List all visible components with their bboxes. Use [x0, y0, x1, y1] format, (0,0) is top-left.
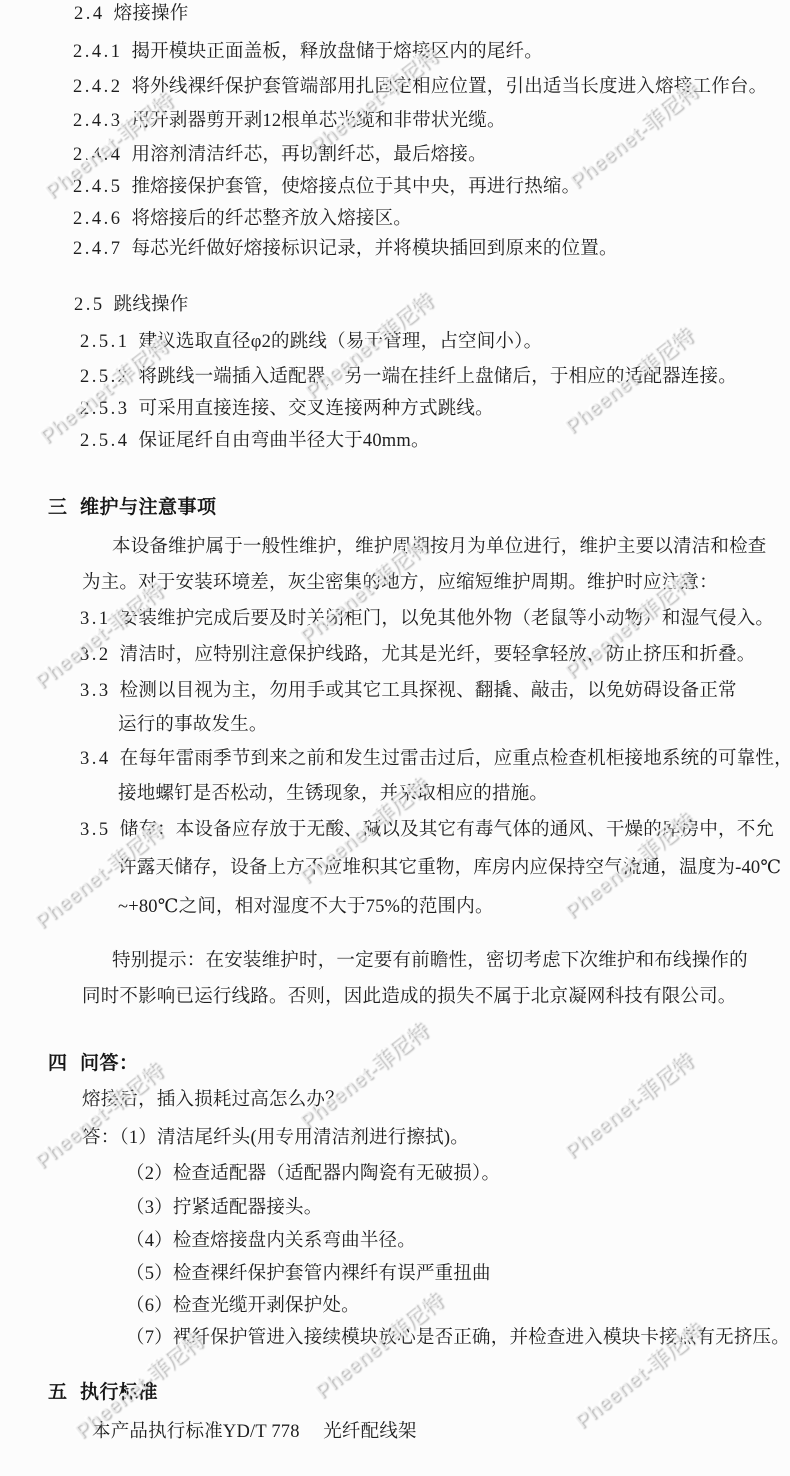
line-text: 许露天储存，设备上方不应堆积其它重物，库房内应保持空气流通，温度为-40℃ — [118, 858, 781, 878]
text-line: 3.2清洁时，应特别注意保护线路，尤其是光纤，要轻拿轻放，防止挤压和折叠。 — [80, 645, 755, 666]
line-number: 3.3 — [80, 681, 111, 701]
line-text: 在每年雷雨季节到来之前和发生过雷击过后，应重点检查机柜接地系统的可靠性， — [120, 749, 790, 769]
text-line: 运行的事故发生。 — [118, 715, 268, 736]
line-text: 跳线操作 — [114, 295, 189, 315]
line-text: （4）检查熔接盘内关系弯曲半径。 — [126, 1231, 416, 1251]
text-line: 为主。对于安装环境差，灰尘密集的地方，应缩短维护周期。维护时应注意： — [82, 573, 718, 594]
line-number: 2.4.6 — [73, 209, 123, 229]
line-number: 2.5 — [74, 295, 105, 315]
line-text: 为主。对于安装环境差，灰尘密集的地方，应缩短维护周期。维护时应注意： — [82, 573, 718, 593]
text-line: 特别提示：在安装维护时，一定要有前瞻性，密切考虑下次维护和布线操作的 — [112, 951, 748, 972]
line-text: 揭开模块正面盖板，释放盘储于熔接区内的尾纤。 — [132, 42, 543, 62]
text-line: 2.4.7每芯光纤做好熔接标识记录，并将模块插回到原来的位置。 — [73, 239, 618, 260]
text-line: 2.5.4保证尾纤自由弯曲半径大于40mm。 — [80, 431, 430, 452]
line-number: 2.5.4 — [80, 431, 130, 451]
line-text: 接地螺钉是否松动，生锈现象，并采取相应的措施。 — [118, 784, 548, 804]
line-text: （6）检查光缆开剥保护处。 — [126, 1296, 360, 1316]
text-line: 答：（1）清洁尾纤头(用专用清洁剂进行擦拭)。 — [82, 1128, 469, 1149]
text-line: 五执行标准 — [48, 1382, 158, 1404]
text-line: 接地螺钉是否松动，生锈现象，并采取相应的措施。 — [118, 784, 548, 805]
text-line: 同时不影响已运行线路。否则，因此造成的损失不属于北京凝网科技有限公司。 — [82, 987, 737, 1008]
document-page: 2.4熔接操作2.4.1揭开模块正面盖板，释放盘储于熔接区内的尾纤。2.4.2将… — [0, 0, 790, 1476]
line-number: 2.4.1 — [73, 42, 123, 62]
text-line: 2.4.6将熔接后的纤芯整齐放入熔接区。 — [73, 209, 412, 230]
text-line: 3.5储存：本设备应存放于无酸、碱以及其它有毒气体的通风、干燥的库房中，不允 — [80, 820, 774, 841]
line-text: 用溶剂清洁纤芯，再切割纤芯，最后熔接。 — [132, 145, 487, 165]
text-line: 3.3检测以目视为主，勿用手或其它工具探视、翻撬、敲击，以免妨碍设备正常 — [80, 681, 737, 702]
text-line: 2.5.2将跳线一端插入适配器，另一端在挂纤上盘储后，于相应的适配器连接。 — [80, 367, 737, 388]
text-line: 2.4熔接操作 — [74, 4, 188, 25]
line-number: 三 — [48, 497, 68, 518]
line-text: 熔接操作 — [114, 4, 189, 24]
text-line: 四问答： — [48, 1053, 139, 1075]
line-text: 检测以目视为主，勿用手或其它工具探视、翻撬、敲击，以免妨碍设备正常 — [120, 681, 737, 701]
line-text: （3）拧紧适配器接头。 — [126, 1198, 322, 1218]
line-text: 同时不影响已运行线路。否则，因此造成的损失不属于北京凝网科技有限公司。 — [82, 987, 737, 1007]
text-line: 本设备维护属于一般性维护，维护周期按月为单位进行，维护主要以清洁和检查 — [112, 537, 767, 558]
line-text: （5）检查裸纤保护套管内裸纤有误严重扭曲 — [126, 1264, 491, 1284]
line-number: 2.4.3 — [73, 111, 123, 131]
line-text: 本设备维护属于一般性维护，维护周期按月为单位进行，维护主要以清洁和检查 — [112, 537, 767, 557]
text-line: （4）检查熔接盘内关系弯曲半径。 — [126, 1231, 416, 1252]
line-text: 保证尾纤自由弯曲半径大于40mm。 — [139, 431, 430, 451]
line-text: 将熔接后的纤芯整齐放入熔接区。 — [132, 209, 413, 229]
line-number: 2.4.5 — [73, 177, 123, 197]
text-line: 本产品执行标准YD/T 778 光纤配线架 — [92, 1422, 417, 1443]
line-number: 2.4.4 — [73, 145, 123, 165]
line-text: 问答： — [80, 1053, 139, 1074]
text-line: 熔接后，插入损耗过高怎么办？ — [82, 1090, 344, 1111]
line-text: ~+80℃之间，相对湿度不大于75%的范围内。 — [118, 897, 494, 917]
line-number: 四 — [48, 1053, 68, 1074]
line-text: 答：（1）清洁尾纤头(用专用清洁剂进行擦拭)。 — [82, 1128, 469, 1148]
line-number: 3.4 — [80, 749, 111, 769]
watermark-text: Pheenet-菲尼特 — [292, 1015, 434, 1135]
line-text: 安装维护完成后要及时关闭柜门，以免其他外物（老鼠等小动物）和湿气侵入。 — [120, 609, 775, 629]
line-text: 执行标准 — [80, 1382, 158, 1403]
text-line: （7）裸纤保护管进入接续模块放心是否正确，并检查进入模块卡接点有无挤压。 — [126, 1328, 790, 1349]
line-text: 用开剥器剪开剥12根单芯光缆和非带状光缆。 — [132, 111, 506, 131]
line-text: 将跳线一端插入适配器，另一端在挂纤上盘储后，于相应的适配器连接。 — [139, 367, 737, 387]
text-line: 2.5.3可采用直接连接、交叉连接两种方式跳线。 — [80, 399, 494, 420]
line-number: 2.5.1 — [80, 332, 130, 352]
line-text: 将外线裸纤保护套管端部用扎固定相应位置，引出适当长度进入熔接工作台。 — [132, 77, 768, 97]
line-number: 2.4.2 — [73, 77, 123, 97]
text-line: 2.4.5推熔接保护套管，使熔接点位于其中央，再进行热缩。 — [73, 177, 580, 198]
text-line: 2.5.1建议选取直径φ2的跳线（易于管理，占空间小）。 — [80, 332, 542, 353]
text-line: （5）检查裸纤保护套管内裸纤有误严重扭曲 — [126, 1264, 491, 1285]
text-line: 2.4.2将外线裸纤保护套管端部用扎固定相应位置，引出适当长度进入熔接工作台。 — [73, 77, 767, 98]
text-line: （2）检查适配器（适配器内陶瓷有无破损）。 — [126, 1164, 500, 1185]
text-line: 2.4.4用溶剂清洁纤芯，再切割纤芯，最后熔接。 — [73, 145, 487, 166]
line-text: 清洁时，应特别注意保护线路，尤其是光纤，要轻拿轻放，防止挤压和折叠。 — [120, 645, 756, 665]
line-text: 可采用直接连接、交叉连接两种方式跳线。 — [139, 399, 494, 419]
text-line: （3）拧紧适配器接头。 — [126, 1198, 322, 1219]
line-number: 2.5.3 — [80, 399, 130, 419]
text-line: 2.4.1揭开模块正面盖板，释放盘储于熔接区内的尾纤。 — [73, 42, 543, 63]
text-line: 许露天储存，设备上方不应堆积其它重物，库房内应保持空气流通，温度为-40℃ — [118, 858, 781, 879]
line-text: 运行的事故发生。 — [118, 715, 268, 735]
line-number: 3.2 — [80, 645, 111, 665]
line-number: 2.5.2 — [80, 367, 130, 387]
line-text: 本产品执行标准YD/T 778 光纤配线架 — [92, 1422, 417, 1442]
watermark-text: Pheenet-菲尼特 — [557, 1045, 699, 1165]
line-number: 五 — [48, 1382, 68, 1403]
line-number: 2.4 — [74, 4, 105, 24]
line-number: 3.1 — [80, 609, 111, 629]
text-line: 三维护与注意事项 — [48, 497, 217, 519]
text-line: 2.4.3用开剥器剪开剥12根单芯光缆和非带状光缆。 — [73, 111, 506, 132]
line-text: （7）裸纤保护管进入接续模块放心是否正确，并检查进入模块卡接点有无挤压。 — [126, 1328, 790, 1348]
line-number: 3.5 — [80, 820, 111, 840]
text-line: （6）检查光缆开剥保护处。 — [126, 1296, 360, 1317]
line-text: 储存：本设备应存放于无酸、碱以及其它有毒气体的通风、干燥的库房中，不允 — [120, 820, 775, 840]
line-text: 建议选取直径φ2的跳线（易于管理，占空间小）。 — [139, 332, 543, 352]
line-text: 熔接后，插入损耗过高怎么办？ — [82, 1090, 344, 1110]
line-number: 2.4.7 — [73, 239, 123, 259]
line-text: 推熔接保护套管，使熔接点位于其中央，再进行热缩。 — [132, 177, 581, 197]
text-line: 2.5跳线操作 — [74, 295, 188, 316]
text-line: 3.1安装维护完成后要及时关闭柜门，以免其他外物（老鼠等小动物）和湿气侵入。 — [80, 609, 774, 630]
text-line: 3.4在每年雷雨季节到来之前和发生过雷击过后，应重点检查机柜接地系统的可靠性， — [80, 749, 790, 770]
text-line: ~+80℃之间，相对湿度不大于75%的范围内。 — [118, 897, 494, 918]
line-text: 特别提示：在安装维护时，一定要有前瞻性，密切考虑下次维护和布线操作的 — [112, 951, 748, 971]
line-text: 每芯光纤做好熔接标识记录，并将模块插回到原来的位置。 — [132, 239, 618, 259]
line-text: 维护与注意事项 — [80, 497, 217, 518]
line-text: （2）检查适配器（适配器内陶瓷有无破损）。 — [126, 1164, 500, 1184]
